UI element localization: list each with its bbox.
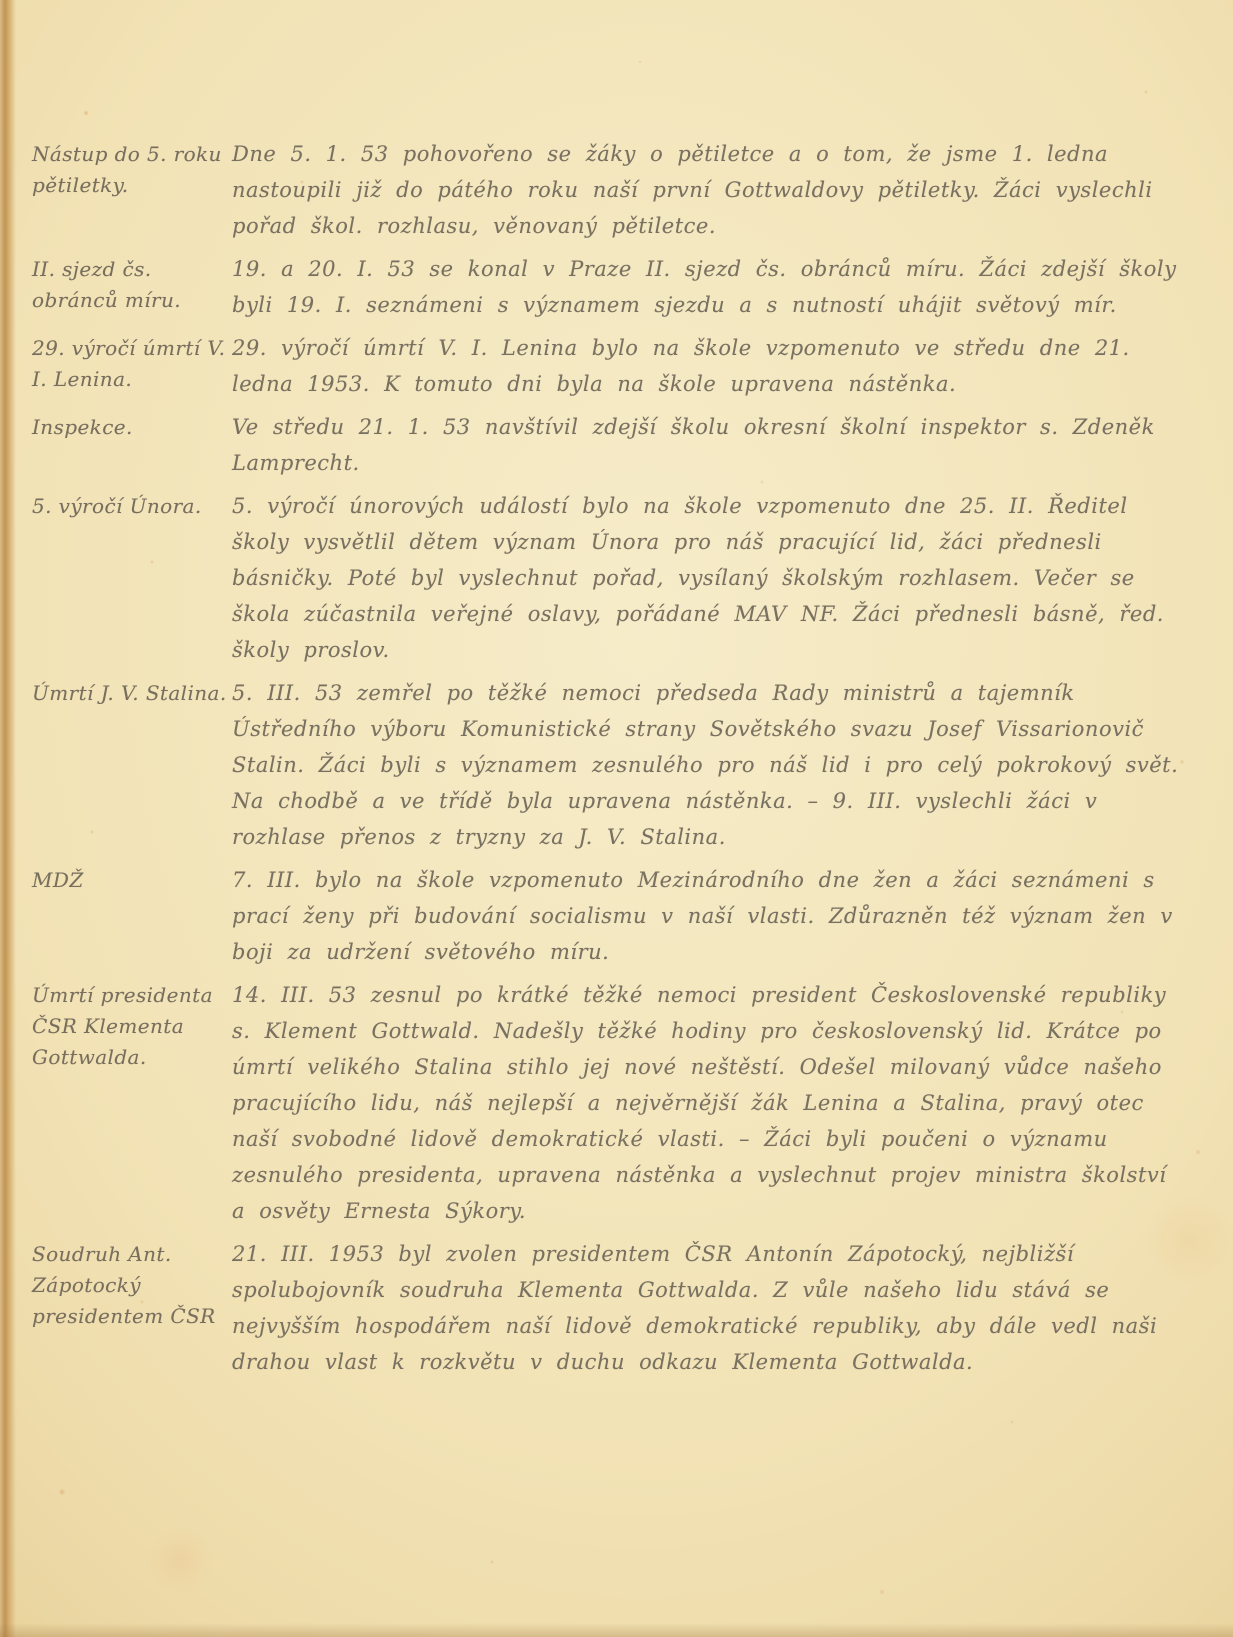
entry-margin-note: Úmrtí presidenta ČSR Klementa Gottwalda. xyxy=(32,977,232,1073)
entry-margin-note: Úmrtí J. V. Stalina. xyxy=(32,675,232,709)
chronicle-entry: MDŽ 7. III. bylo na škole vzpomenuto Mez… xyxy=(32,862,1192,970)
entry-text: 5. výročí únorových událostí bylo na ško… xyxy=(232,488,1192,668)
entry-text: 21. III. 1953 byl zvolen presidentem ČSR… xyxy=(232,1236,1192,1380)
entry-text: 5. III. 53 zemřel po těžké nemoci předse… xyxy=(232,675,1192,855)
entry-margin-note: 5. výročí Února. xyxy=(32,488,232,522)
entry-margin-note: 29. výročí úmrtí V. I. Lenina. xyxy=(32,330,232,395)
entry-margin-note: MDŽ xyxy=(32,862,232,896)
entry-margin-note: II. sjezd čs. obránců míru. xyxy=(32,251,232,316)
entry-margin-note: Soudruh Ant. Zápotocký presidentem ČSR xyxy=(32,1236,232,1332)
entry-text: 7. III. bylo na škole vzpomenuto Mezinár… xyxy=(232,862,1192,970)
chronicle-entry: 5. výročí Února. 5. výročí únorových udá… xyxy=(32,488,1192,668)
entry-text: Ve středu 21. 1. 53 navštívil zdejší ško… xyxy=(232,409,1192,481)
chronicle-entry: Úmrtí presidenta ČSR Klementa Gottwalda.… xyxy=(32,977,1192,1229)
chronicle-entry: II. sjezd čs. obránců míru. 19. a 20. I.… xyxy=(32,251,1192,323)
entry-margin-note: Nástup do 5. roku pětiletky. xyxy=(32,136,232,201)
chronicle-content: Nástup do 5. roku pětiletky. Dne 5. 1. 5… xyxy=(32,136,1192,1387)
chronicle-entry: Inspekce. Ve středu 21. 1. 53 navštívil … xyxy=(32,409,1192,481)
entry-text: 14. III. 53 zesnul po krátké těžké nemoc… xyxy=(232,977,1192,1229)
chronicle-page: Nástup do 5. roku pětiletky. Dne 5. 1. 5… xyxy=(0,0,1233,1637)
entry-margin-note: Inspekce. xyxy=(32,409,232,443)
entry-text: Dne 5. 1. 53 pohovořeno se žáky o pětile… xyxy=(232,136,1192,244)
chronicle-entry: Nástup do 5. roku pětiletky. Dne 5. 1. 5… xyxy=(32,136,1192,244)
chronicle-entry: 29. výročí úmrtí V. I. Lenina. 29. výroč… xyxy=(32,330,1192,402)
page-binding-edge xyxy=(0,0,16,1637)
chronicle-entry: Úmrtí J. V. Stalina. 5. III. 53 zemřel p… xyxy=(32,675,1192,855)
chronicle-entry: Soudruh Ant. Zápotocký presidentem ČSR 2… xyxy=(32,1236,1192,1380)
entry-text: 19. a 20. I. 53 se konal v Praze II. sje… xyxy=(232,251,1192,323)
entry-text: 29. výročí úmrtí V. I. Lenina bylo na šk… xyxy=(232,330,1192,402)
page-bottom-edge xyxy=(0,1623,1233,1637)
